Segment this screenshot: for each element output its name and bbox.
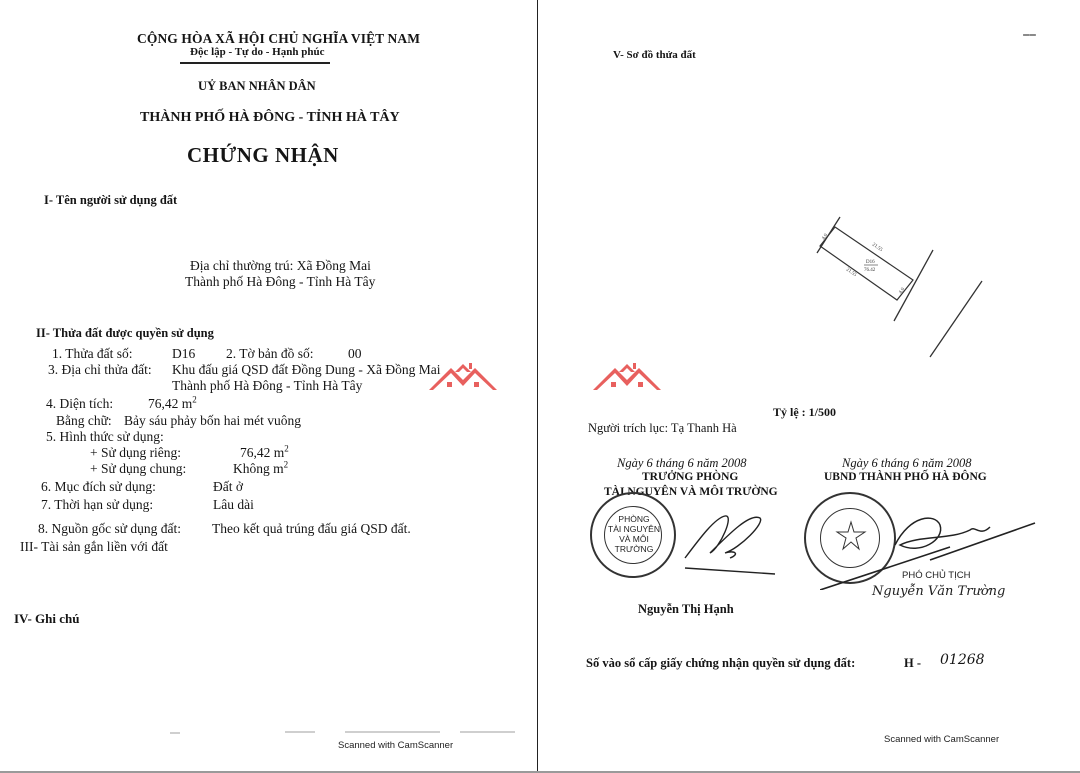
svg-text:4.0: 4.0	[899, 287, 907, 295]
shared-use-value: Không m2	[233, 461, 288, 477]
map-sheet-label: 2. Tờ bản đồ số:	[226, 346, 314, 362]
department-stamp: PHÒNG TÀI NGUYÊN VÀ MÔI TRƯỜNG	[590, 492, 676, 578]
scan-artifact	[285, 731, 315, 733]
left-signer-name: Nguyễn Thị Hạnh	[638, 602, 734, 617]
registry-label: Số vào sổ cấp giấy chứng nhận quyền sử d…	[586, 656, 855, 671]
residence-address-line1: Địa chỉ thường trú: Xã Đồng Mai	[190, 258, 371, 274]
camscanner-footer-right: Scanned with CamScanner	[884, 734, 999, 745]
right-signer-position: PHÓ CHỦ TỊCH	[902, 570, 970, 581]
motto-underline	[180, 62, 330, 64]
scan-artifact	[170, 732, 180, 734]
area-in-words-label: Bằng chữ:	[56, 413, 112, 429]
scan-artifact	[460, 731, 515, 733]
private-use-value: 76,42 m2	[240, 445, 289, 461]
issuing-city: THÀNH PHỐ HÀ ĐÔNG - TỈNH HÀ TÂY	[140, 110, 400, 126]
area-in-words-value: Bảy sáu phảy bốn hai mét vuông	[124, 413, 301, 429]
map-sheet-value: 00	[348, 346, 362, 362]
section-2-heading: II- Thửa đất được quyền sử dụng	[36, 326, 214, 341]
purpose-value: Đất ở	[213, 479, 243, 495]
usage-form-label: 5. Hình thức sử dụng:	[46, 429, 164, 445]
scan-artifact	[345, 731, 440, 733]
left-signature	[680, 508, 780, 578]
origin-label: 8. Nguồn gốc sử dụng đất:	[38, 521, 181, 537]
area-value: 76,42 m2	[148, 396, 197, 412]
shared-use-label: + Sử dụng chung:	[90, 461, 186, 477]
parcel-number-label: 1. Thửa đất số:	[52, 346, 133, 362]
svg-text:76.42: 76.42	[864, 268, 876, 273]
map-scale: Tỷ lệ : 1/500	[773, 405, 836, 420]
svg-text:21.55: 21.55	[871, 243, 884, 254]
registry-number: 01268	[940, 652, 985, 668]
scan-mark: ⁻⁻	[1022, 28, 1035, 48]
residence-address-line2: Thành phố Hà Đông - Tỉnh Hà Tây	[185, 274, 375, 290]
area-label: 4. Diện tích:	[46, 396, 113, 412]
parcel-number-value: D16	[172, 346, 195, 362]
parcel-address-line1: Khu đấu giá QSD đất Đồng Dung - Xã Đồng …	[172, 362, 440, 378]
right-signer-name: Nguyễn Văn Trường	[872, 584, 1005, 599]
section-4-heading: IV- Ghi chú	[14, 611, 80, 627]
house-logo-watermark-icon	[591, 360, 663, 394]
house-logo-watermark-icon	[427, 360, 499, 394]
parcel-address-label: 3. Địa chỉ thửa đất:	[48, 362, 152, 378]
motto: Độc lập - Tự do - Hạnh phúc	[190, 46, 324, 58]
left-signer-date: Ngày 6 tháng 6 năm 2008	[617, 456, 747, 471]
section-5-heading: V- Sơ đồ thửa đất	[613, 49, 696, 61]
purpose-label: 6. Mục đích sử dụng:	[41, 479, 156, 495]
origin-value: Theo kết quả trúng đấu giá QSD đất.	[212, 521, 411, 537]
camscanner-footer: Scanned with CamScanner	[338, 740, 453, 751]
extractor-name: Người trích lục: Tạ Thanh Hà	[588, 421, 737, 436]
term-label: 7. Thời hạn sử dụng:	[41, 497, 153, 513]
registry-prefix: H -	[904, 656, 921, 671]
parcel-diagram: 21.55 21.55 4.0 4.0 D16 76.42	[780, 200, 1000, 360]
document-title: CHỨNG NHẬN	[187, 143, 339, 168]
svg-text:D16: D16	[866, 260, 875, 265]
nation-header: CỘNG HÒA XÃ HỘI CHỦ NGHĨA VIỆT NAM	[137, 31, 420, 47]
section-3-heading: III- Tài sản gắn liền với đất	[20, 539, 168, 555]
right-signer-title: UBND THÀNH PHỐ HÀ ĐÔNG	[824, 471, 987, 483]
term-value: Lâu dài	[213, 497, 254, 513]
parcel-address-line2: Thành phố Hà Đông - Tỉnh Hà Tây	[172, 378, 362, 394]
right-signer-date: Ngày 6 tháng 6 năm 2008	[842, 456, 972, 471]
svg-text:21.55: 21.55	[845, 268, 858, 279]
svg-text:4.0: 4.0	[822, 233, 830, 241]
issuing-authority: UỶ BAN NHÂN DÂN	[198, 79, 316, 94]
section-1-heading: I- Tên người sử dụng đất	[44, 193, 177, 208]
left-signer-title1: TRƯỞNG PHÒNG	[642, 471, 738, 483]
private-use-label: + Sử dụng riêng:	[90, 445, 181, 461]
